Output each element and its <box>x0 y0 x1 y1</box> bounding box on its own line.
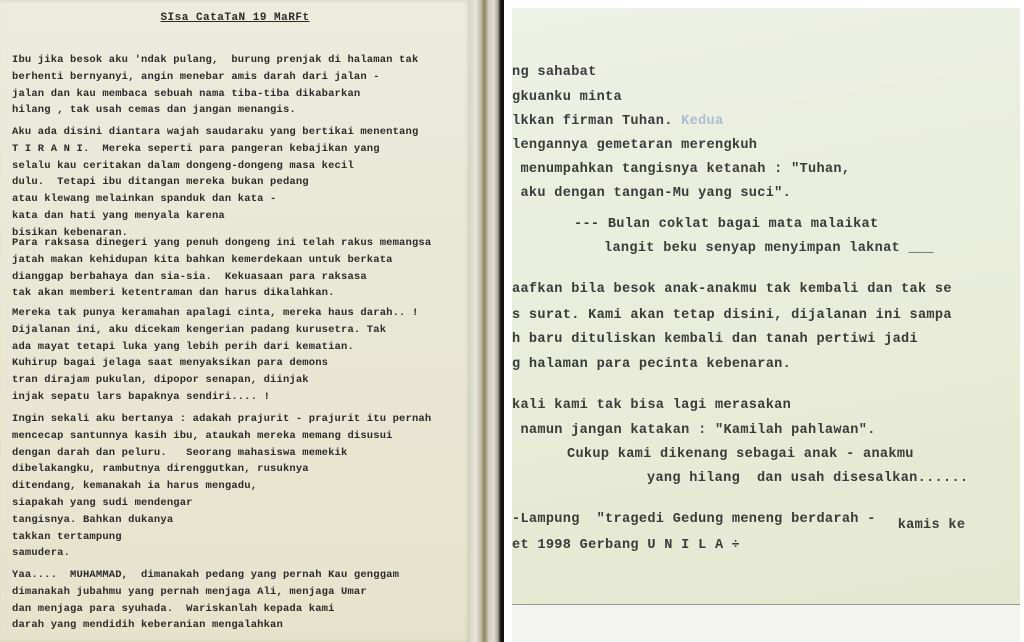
text-line: s surat. Kami akan tetap disini, dijalan… <box>512 305 952 327</box>
paragraph: Ibu jika besok aku 'ndak pulang, burung … <box>12 52 418 119</box>
text-line: --- Bulan coklat bagai mata malaikat <box>574 214 878 236</box>
text-line: lengannya gemetaran merengkuh <box>512 135 757 157</box>
text-line: menumpahkan tangisnya ketanah : "Tuhan, <box>512 159 850 181</box>
paragraph: Yaa.... MUHAMMAD, dimanakah pedang yang … <box>12 567 399 634</box>
text-line: g halaman para pecinta kebenaran. <box>512 354 791 376</box>
text-line: yang hilang dan usah disesalkan...... <box>647 468 968 490</box>
binder-spine <box>470 0 504 642</box>
right-document-page: ng sahabatgkuanku mintalkkan firman Tuha… <box>512 8 1020 604</box>
text-line: aku dengan tangan-Mu yang suci". <box>512 183 791 205</box>
text-line: et 1998 Gerbang U N I L A÷ <box>512 535 740 557</box>
text-line: kali kami tak bisa lagi merasakan <box>512 395 791 417</box>
text-line: h baru dituliskan kembali dan tanah pert… <box>512 329 918 351</box>
text-line: gkuanku minta <box>512 87 622 109</box>
paragraph: Para raksasa dinegeri yang penuh dongeng… <box>12 235 431 302</box>
text-line: lkkan firman Tuhan. Kedua <box>512 111 723 133</box>
text-line: aafkan bila besok anak-anakmu tak kembal… <box>512 279 952 301</box>
text-line: Cukup kami dikenang sebagai anak - anakm… <box>567 444 914 466</box>
paragraph: Ingin sekali aku bertanya : adakah praju… <box>12 411 431 562</box>
text-line: -Lampung "tragedi Gedung meneng berdarah… <box>512 509 965 531</box>
text-line: ng sahabat <box>512 62 597 84</box>
text-line: langit beku senyap menyimpan laknat ___ <box>604 238 934 260</box>
paragraph: Aku ada disini diantara wajah saudaraku … <box>12 124 418 242</box>
paragraph: Mereka tak punya keramahan apalagi cinta… <box>12 305 418 406</box>
left-document-page: SIsa CataTaN 19 MaRFt Ibu jika besok aku… <box>0 0 470 642</box>
document-title: SIsa CataTaN 19 MaRFt <box>0 12 470 24</box>
text-line: namun jangan katakan : "Kamilah pahlawan… <box>512 420 876 442</box>
page-bottom-margin <box>512 604 1020 642</box>
